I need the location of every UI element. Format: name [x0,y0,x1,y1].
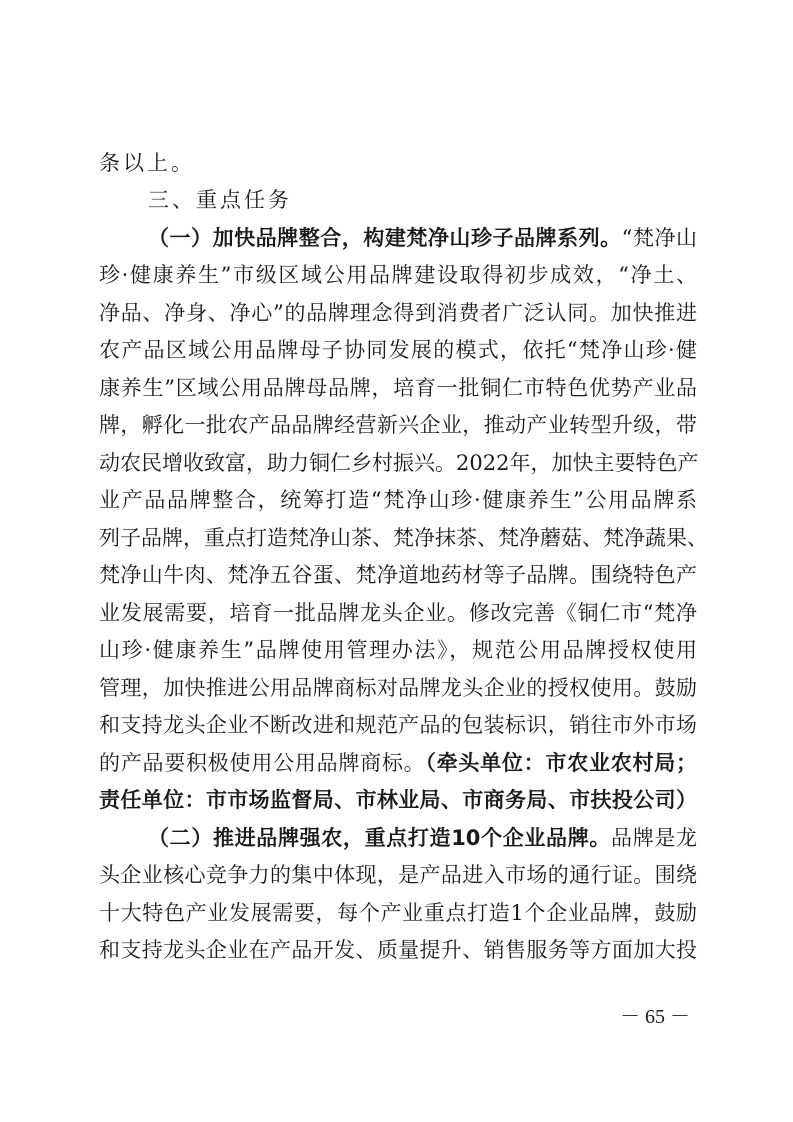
document-page: 条以上。 三、重点任务 （一）加快品牌整合，构建梵净山珍子品牌系列。“梵净山 珍… [0,0,793,1122]
body-text-line: 管理，加快推进公用品牌商标对品牌龙头企业的授权使用。鼓励 [99,673,697,703]
subsection-title: （一）加快品牌整合，构建梵净山珍子品牌系列。 [148,226,622,250]
subsection-title: （二）推进品牌强农，重点打造10个企业品牌。 [148,826,611,850]
body-text-line: 康养生”区域公用品牌母品牌，培育一批铜仁市特色优势产业品 [99,373,697,403]
body-text-line: 梵净山牛肉、梵净五谷蛋、梵净道地药材等子品牌。围绕特色产 [99,560,697,590]
body-text-line: 净品、净身、净心”的品牌理念得到消费者广泛认同。加快推进 [99,298,697,328]
body-text-line: 业产品品牌整合，统筹打造“梵净山珍·健康养生”公用品牌系 [99,485,697,515]
responsible-units: （牵头单位：市农业农村局； [425,751,697,775]
body-text-line: 牌，孵化一批农产品品牌经营新兴企业，推动产业转型升级，带 [99,410,697,440]
body-text-line: 动农民增收致富，助力铜仁乡村振兴。2022年，加快主要特色产 [99,448,697,478]
body-text-line: 头企业核心竞争力的集中体现，是产品进入市场的通行证。围绕 [99,860,697,890]
body-text-line: 十大特色产业发展需要，每个产业重点打造1个企业品牌，鼓励 [99,898,697,928]
subsection-heading-line: （一）加快品牌整合，构建梵净山珍子品牌系列。“梵净山 [148,223,697,253]
body-text-line: 和支持龙头企业不断改进和规范产品的包装标识，销往市外市场 [99,710,697,740]
body-text: 的产品要积极使用公用品牌商标。 [99,751,425,775]
body-text-line: 的产品要积极使用公用品牌商标。（牵头单位：市农业农村局； [99,748,697,778]
body-text-line: 条以上。 [99,148,697,178]
body-text-line: 和支持龙头企业在产品开发、质量提升、销售服务等方面加大投 [99,935,697,965]
body-text: “梵净山 [622,226,697,250]
body-text-line: 列子品牌，重点打造梵净山茶、梵净抹茶、梵净蘑菇、梵净蔬果、 [99,523,697,553]
subsection-heading-line: （二）推进品牌强农，重点打造10个企业品牌。品牌是龙 [148,823,697,853]
body-text-line: 山珍·健康养生”品牌使用管理办法》，规范公用品牌授权使用 [99,635,697,665]
page-number: － 65 － [620,1000,690,1029]
body-text-line: 农产品区域公用品牌母子协同发展的模式，依托“梵净山珍·健 [99,335,697,365]
responsible-units-line: 责任单位：市市场监督局、市林业局、市商务局、市扶投公司） [99,785,697,815]
body-text-line: 业发展需要，培育一批品牌龙头企业。修改完善《铜仁市“梵净 [99,598,697,628]
body-text: 品牌是龙 [611,826,697,850]
section-heading: 三、重点任务 [148,185,697,215]
body-text-line: 珍·健康养生”市级区域公用品牌建设取得初步成效，“净土、 [99,260,697,290]
